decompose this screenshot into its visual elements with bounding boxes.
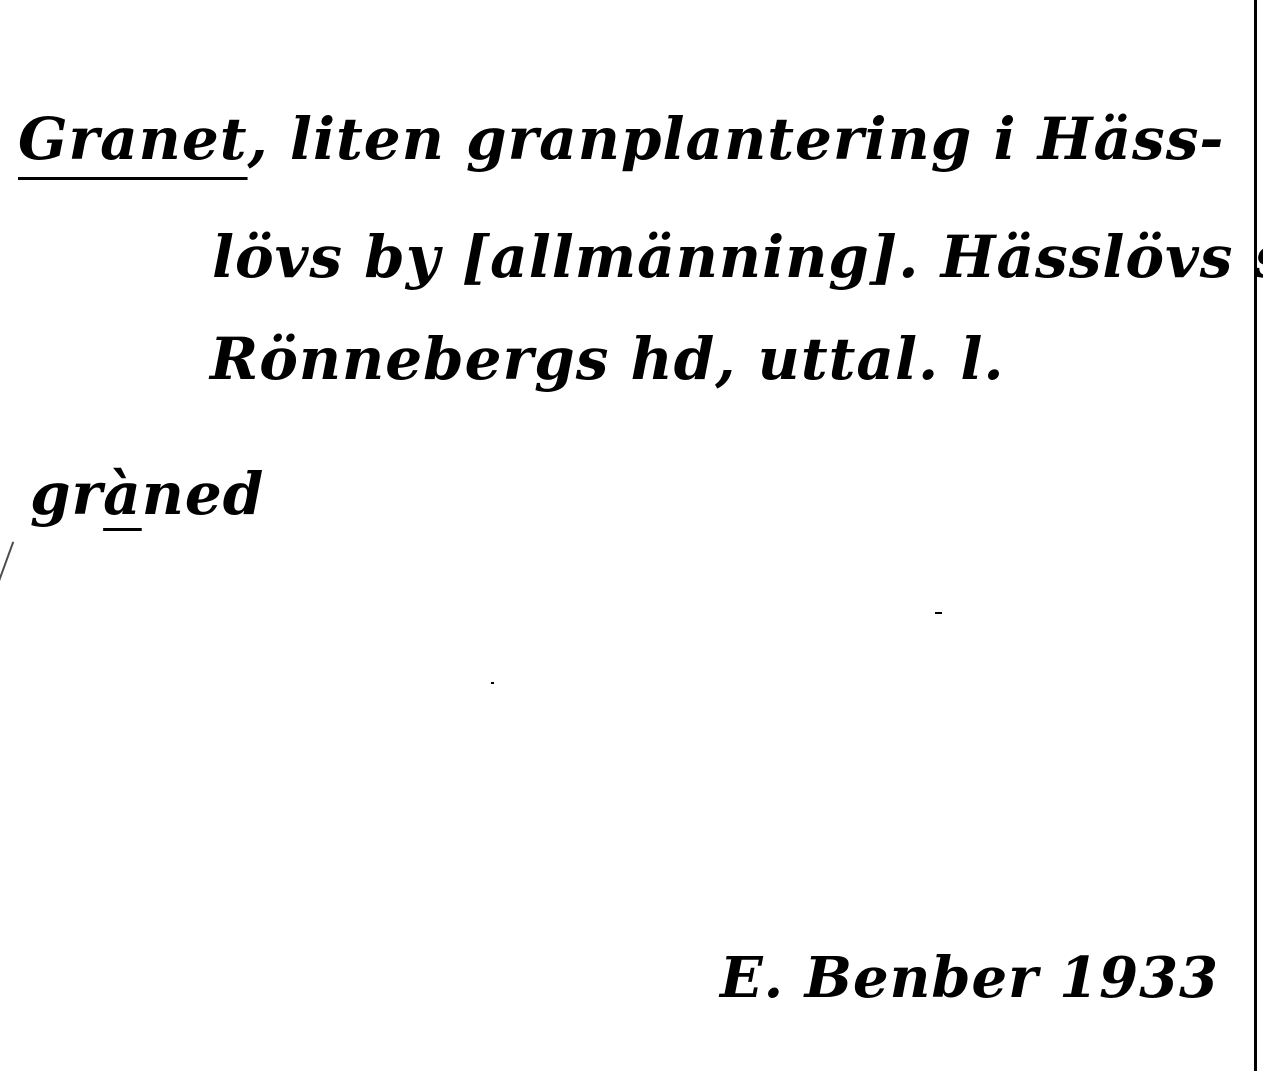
signature: E. Benber [720, 945, 1039, 1011]
pronunciation: gràned [30, 465, 264, 523]
card-edge [1254, 0, 1257, 1071]
pronunciation-prefix: gr [30, 460, 103, 528]
pronunciation-stressed-vowel: à [103, 460, 142, 528]
scan-speck [491, 682, 494, 684]
entry-line-2: lövs by [allmänning]. Hässlövs sn, [212, 228, 1263, 286]
scan-speck [935, 612, 942, 614]
entry-line-3: Rönnebergs hd, uttal. l. [210, 330, 1005, 388]
definition-text: , liten granplantering i Häss- [248, 105, 1225, 173]
headword: Granet [18, 105, 248, 173]
pronunciation-suffix: ned [142, 460, 265, 528]
index-card: Granet, liten granplantering i Häss- löv… [0, 0, 1263, 1071]
scan-streak [0, 541, 14, 598]
entry-line-1: Granet, liten granplantering i Häss- [18, 110, 1224, 168]
signature-line: E. Benber 1933 [720, 950, 1219, 1006]
year: 1933 [1059, 945, 1219, 1011]
